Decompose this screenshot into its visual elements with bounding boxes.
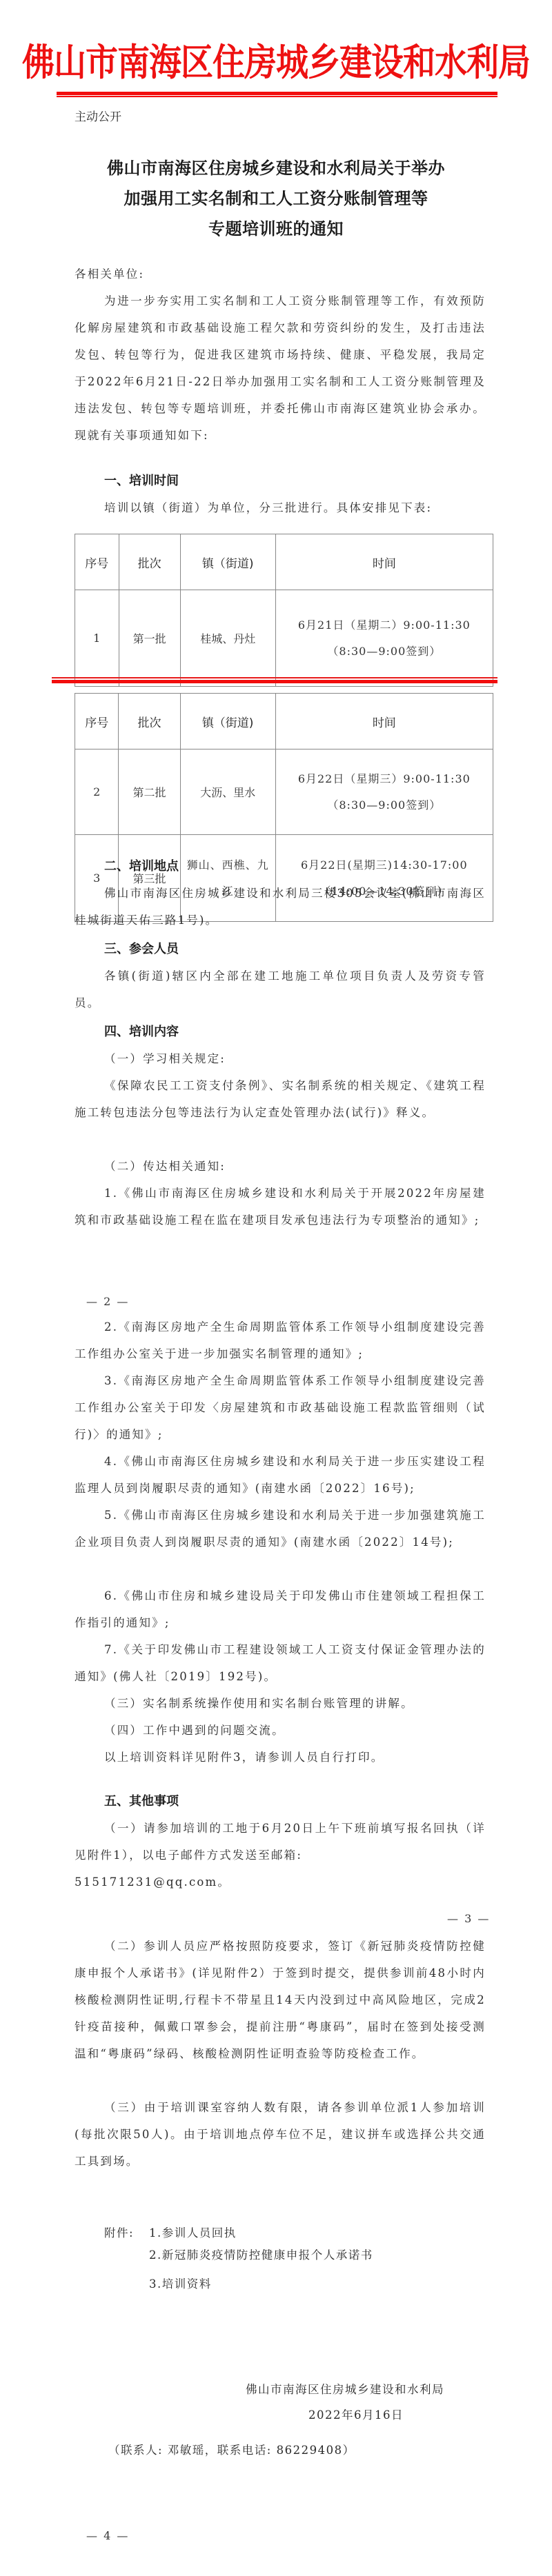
cell-time: 6月21日（星期二）9:00-11:30 （8:30—9:00签到） [275,590,493,687]
title-line-2: 加强用工实名制和工人工资分账制管理等 [69,183,483,214]
notice-item-7: 7.《关于印发佛山市工程建设领域工人工资支付保证金管理办法的通知》(佛人社〔20… [75,1636,486,1690]
col-header-towns: 镇（街道) [180,534,275,590]
page-number-4: — 4 — [86,2529,129,2542]
section-3-text: 各镇(街道)辖区内全部在建工地施工单位项目负责人及劳资专管员。 [75,963,486,1016]
notice-item-5: 5.《佛山市南海区住房城乡建设和水利局关于进一步加强建筑施工企业项目负责人到岗履… [75,1502,486,1556]
attachments-label: 附件: [104,2224,134,2240]
page-number-2: — 2 — [86,1295,129,1308]
masthead-red-rule-thick [57,92,497,95]
page-divider-red-rule-thin [52,677,497,678]
section-4-sub3: （三）实名制系统操作使用和实名制台账管理的讲解。 [75,1690,486,1717]
cell-batch: 第一批 [119,590,180,687]
masthead-org-name: 佛山市南海区住房城乡建设和水利局 [0,33,552,86]
signature-date: 2022年6月16日 [308,2406,404,2422]
cell-time: 6月22日（星期三）9:00-11:30 （8:30—9:00签到） [275,749,493,835]
cell-batch: 第二批 [119,749,180,835]
cell-no: 2 [75,749,119,835]
intro-paragraph: 为进一步夯实用工实名制和工人工资分账制管理等工作，有效预防化解房屋建筑和市政基础… [75,288,486,449]
time-main: 6月21日（星期二）9:00-11:30 [276,612,493,638]
notice-item-4: 4.《佛山市南海区住房城乡建设和水利局关于进一步压实建设工程监理人员到岗履职尽责… [75,1448,486,1502]
schedule-table-part-1: 序号 批次 镇（街道) 时间 1 第一批 桂城、丹灶 6月21日（星期二）9:0… [75,534,493,687]
table-header-row: 序号 批次 镇（街道) 时间 [75,694,493,749]
notice-item-1: 1.《佛山市南海区住房城乡建设和水利局关于开展2022年房屋建筑和市政基础设施工… [75,1180,486,1234]
time-main: 6月22日(星期三)14:30-17:00 [276,852,493,878]
section-5-item-2: （二）参训人员应严格按照防疫要求，签订《新冠肺炎疫情防控健康申报个人承诺书》(详… [75,1933,486,2067]
salutation: 各相关单位: [75,261,486,288]
time-checkin: （8:30—9:00签到） [276,638,493,665]
section-1-heading: 一、培训时间 [104,471,179,489]
document-title: 佛山市南海区住房城乡建设和水利局关于举办 加强用工实名制和工人工资分账制管理等 … [69,153,483,244]
section-1-text: 培训以镇（街道）为单位，分三批进行。具体安排见下表: [75,494,486,521]
section-4-note: 以上培训资料详见附件3，请参训人员自行打印。 [75,1744,486,1771]
time-checkin: （8:30—9:00签到） [276,792,493,818]
attachment-1: 1.参训人员回执 [149,2224,237,2240]
col-header-batch: 批次 [119,694,180,749]
disclosure-label: 主动公开 [75,107,121,124]
page-number-3: — 3 — [447,1912,490,1925]
signature-org: 佛山市南海区住房城乡建设和水利局 [246,2380,444,2397]
registration-email: 515171231@qq.com。 [75,1869,486,1895]
section-4-heading: 四、培训内容 [104,1022,179,1040]
notice-item-2: 2.《南海区房地产全生命周期监管体系工作领导小组制度建设完善工作组办公室关于进一… [75,1314,486,1367]
col-header-no: 序号 [75,534,119,590]
attachment-2: 2.新冠肺炎疫情防控健康申报个人承诺书 [149,2246,373,2262]
time-main: 6月22日（星期三）9:00-11:30 [276,766,493,792]
section-2-heading: 二、培训地点 [104,856,179,874]
section-4-sub4: （四）工作中遇到的问题交流。 [75,1717,486,1744]
col-header-no: 序号 [75,694,119,749]
section-5-heading: 五、其他事项 [104,1791,179,1809]
title-line-3: 专题培训班的通知 [69,214,483,244]
section-2-text: 佛山市南海区住房城乡建设和水利局三楼305会议室(佛山市南海区桂城街道天佑三路1… [75,880,486,934]
notice-item-6: 6.《佛山市住房和城乡建设局关于印发佛山市住建领域工程担保工作指引的通知》; [75,1582,486,1636]
cell-towns: 大沥、里水 [180,749,275,835]
col-header-time: 时间 [275,534,493,590]
section-4-sub1-label: （一）学习相关规定: [75,1045,486,1072]
table-row: 1 第一批 桂城、丹灶 6月21日（星期二）9:00-11:30 （8:30—9… [75,590,493,687]
table-header-row: 序号 批次 镇（街道) 时间 [75,534,493,590]
section-5-item-3: （三）由于培训课室容纳人数有限，请各参训单位派1人参加培训(每批次限50人)。由… [75,2094,486,2175]
attachment-3: 3.培训资料 [149,2275,212,2291]
section-4-sub1-text: 《保障农民工工资支付条例》、实名制系统的相关规定、《建筑工程施工转包违法分包等违… [75,1072,486,1126]
table-row: 2 第二批 大沥、里水 6月22日（星期三）9:00-11:30 （8:30—9… [75,749,493,835]
title-line-1: 佛山市南海区住房城乡建设和水利局关于举办 [69,153,483,183]
section-3-heading: 三、参会人员 [104,939,179,957]
masthead-red-rule-thin [57,96,497,97]
cell-towns: 桂城、丹灶 [180,590,275,687]
section-4-sub2-label: （二）传达相关通知: [75,1153,486,1180]
section-5-item-1: （一）请参加培训的工地于6月20日上午下班前填写报名回执（详见附件1），以电子邮… [75,1815,486,1869]
col-header-batch: 批次 [119,534,180,590]
col-header-time: 时间 [275,694,493,749]
cell-no: 1 [75,590,119,687]
col-header-towns: 镇（街道) [180,694,275,749]
notice-item-3: 3.《南海区房地产全生命周期监管体系工作领导小组制度建设完善工作组办公室关于印发… [75,1367,486,1448]
page-divider-red-rule-thick [52,680,497,683]
contact-info: （联系人: 邓敏瑶，联系电话: 86229408） [108,2441,355,2457]
